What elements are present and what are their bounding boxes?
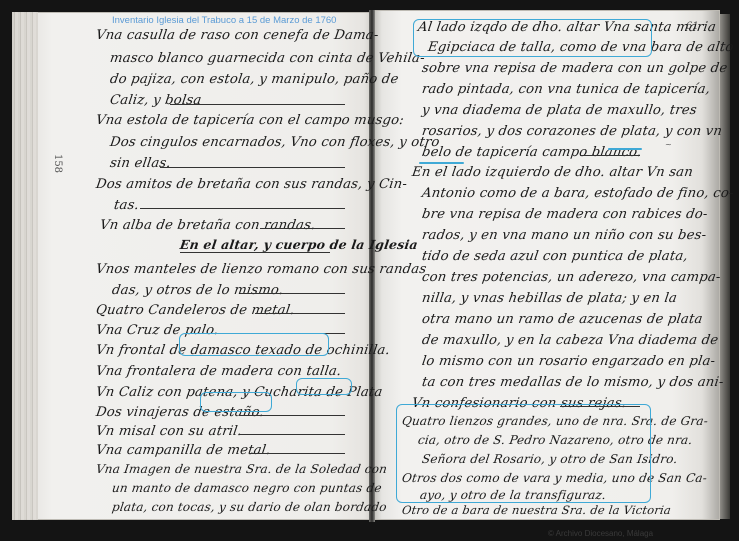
- fill-rule: [160, 167, 345, 168]
- text-line: Vn misal con su atril.: [95, 424, 243, 439]
- annotation-box-lienzos[interactable]: [396, 404, 651, 503]
- text-line: sobre vna repisa de madera con un golpe …: [421, 61, 728, 76]
- text-line: con tres potencias, un aderezo, vna camp…: [421, 270, 722, 285]
- text-line: Otro de a bara de nuestra Sra. de la Vic…: [401, 503, 672, 517]
- text-line: Vna estola de tapicería con el campo mus…: [95, 113, 405, 128]
- section-heading: En el altar, y cuerpo de la Iglesia: [179, 237, 419, 252]
- text-line: sin ellas.: [109, 156, 172, 171]
- text-line: masco blanco guarnecida con cinta de Veh…: [109, 51, 426, 66]
- text-line: tido de seda azul con puntica de plata,: [421, 249, 689, 264]
- text-line: lo mismo con un rosario engarzado en pla…: [421, 354, 716, 369]
- document-spread: Inventario Iglesia del Trabuco a 15 de M…: [0, 0, 739, 541]
- text-line: tas.: [113, 198, 140, 213]
- fill-rule: [255, 313, 345, 314]
- text-line: rosarios, y dos corazones de plata, y co…: [421, 124, 723, 139]
- text-line: y vna diadema de plata de maxullo, tres: [421, 103, 698, 118]
- heading-underline: [180, 252, 330, 253]
- text-line: de maxullo, y en la cabeza Vna diadema d…: [421, 333, 719, 348]
- text-line: Quatro Candeleros de metal.: [95, 303, 296, 318]
- fill-rule: [250, 453, 345, 454]
- text-line: das, y otros de lo mismo.: [111, 283, 284, 298]
- text-line: En el lado izquierdo de dho. altar Vn sa…: [411, 165, 694, 180]
- text-line: Vn alba de bretaña con randas.: [99, 218, 317, 233]
- text-line: bre vna repisa de madera con rabices do-: [421, 207, 709, 222]
- text-line: rado pintada, con vna tunica de tapicerí…: [421, 82, 711, 97]
- title-annotation: Inventario Iglesia del Trabuco a 15 de M…: [112, 15, 336, 26]
- text-line: Vna Imagen de nuestra Sra. de la Soledad…: [95, 462, 388, 476]
- margin-note: 158: [52, 154, 63, 173]
- text-line: Antonio como de a bara, estofado de fino…: [421, 186, 735, 201]
- text-line: rados, y en vna mano un niño con su bes-: [421, 228, 707, 243]
- text-line: Vna campanilla de metal.: [95, 443, 272, 458]
- annotation-underline-antonio[interactable]: [419, 162, 464, 164]
- annotation-box-vna-maria[interactable]: [296, 378, 352, 395]
- text-line: Vna casulla de raso con cenefa de Dama-: [95, 28, 380, 43]
- left-page-edge: [12, 12, 38, 520]
- fill-rule: [580, 155, 640, 156]
- text-line: Caliz, y bolsa: [109, 93, 202, 108]
- text-line: plata, con tocas, y su dario de olan bor…: [111, 500, 388, 514]
- text-line: otra mano un ramo de azucenas de plata: [421, 312, 704, 327]
- annotation-box-santa-maria[interactable]: [413, 19, 652, 57]
- margin-scribble: ~: [665, 140, 672, 149]
- text-line: Vna frontalera de madera con talla.: [95, 364, 342, 379]
- text-line: Vnos manteles de lienzo romano con sus r…: [95, 262, 427, 277]
- right-page-edge: [720, 14, 730, 519]
- fill-rule: [240, 434, 345, 435]
- text-line: ta con tres medallas de lo mismo, y dos …: [421, 375, 725, 390]
- fill-rule: [140, 208, 345, 209]
- text-line: nilla, y vnas hebillas de plata; y en la: [421, 291, 678, 306]
- annotation-box-soledad[interactable]: [179, 333, 329, 356]
- annotation-box-vna-imagen[interactable]: [200, 392, 272, 412]
- watermark: © Archivo Diocesano, Málaga: [548, 529, 653, 538]
- annotation-underline-san[interactable]: [608, 148, 642, 150]
- text-line: Dos cingulos encarnados, Vno con floxes,…: [109, 135, 441, 150]
- fill-rule: [240, 415, 345, 416]
- text-line: un manto de damasco negro con puntas de: [111, 481, 383, 495]
- fill-rule: [170, 104, 345, 105]
- fill-rule: [240, 293, 345, 294]
- text-line: do pajiza, con estola, y manipulo, paño …: [109, 72, 400, 87]
- fill-rule: [260, 228, 345, 229]
- text-line: Dos amitos de bretaña con sus randas, y …: [95, 177, 408, 192]
